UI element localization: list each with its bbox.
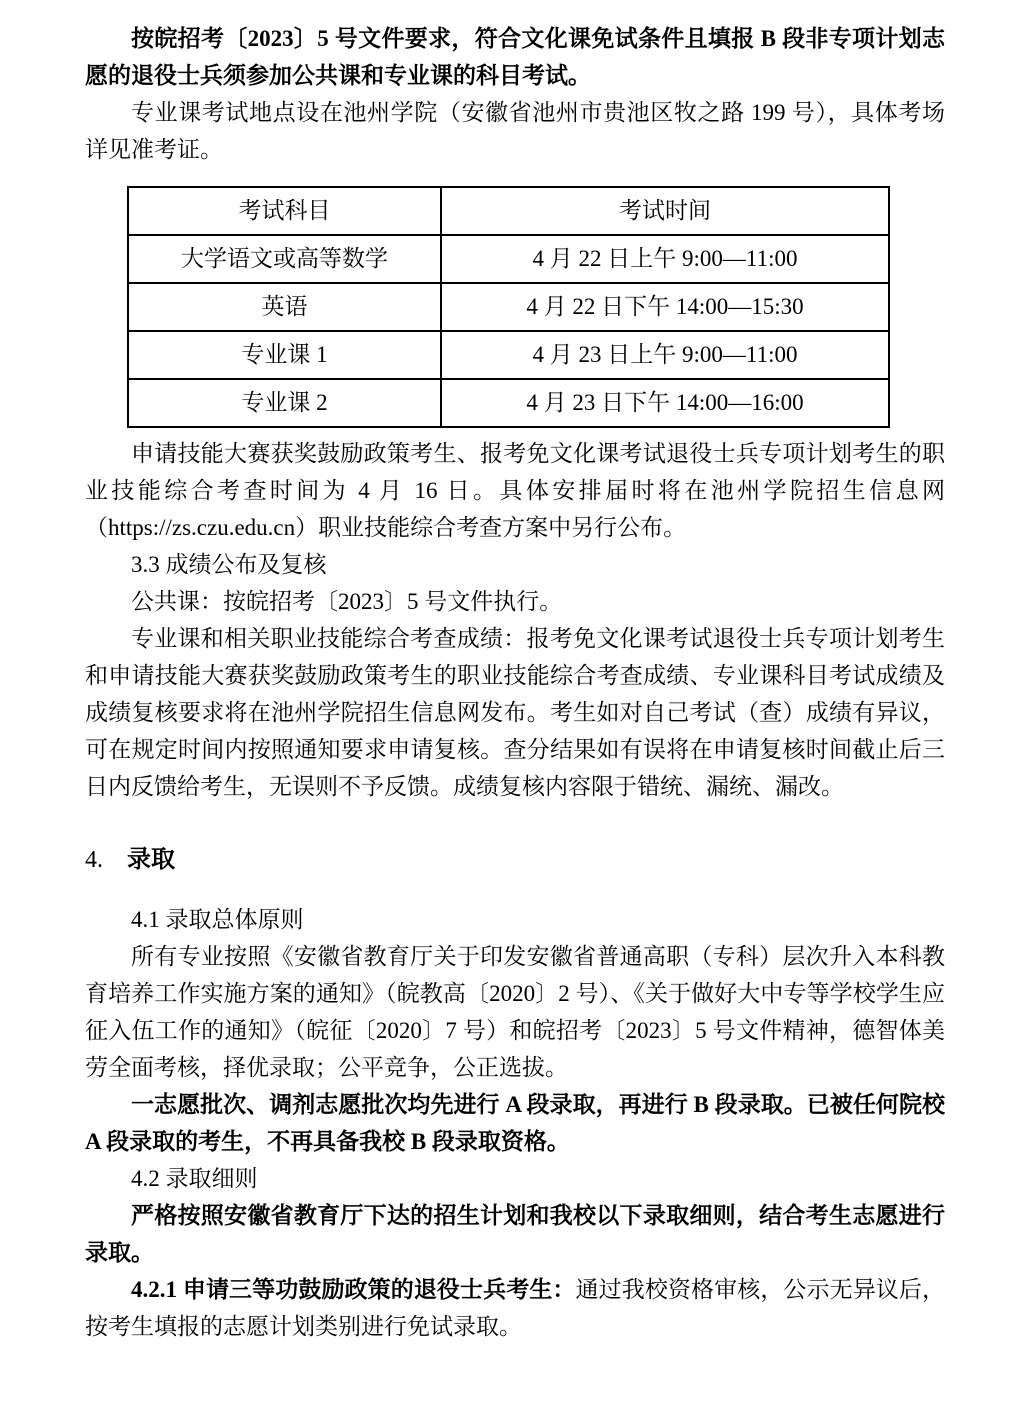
paragraph-4-2-1: 4.2.1 申请三等功鼓励政策的退役士兵考生：通过我校资格审核，公示无异议后，按… <box>85 1271 945 1345</box>
section-4-number: 4. <box>85 847 103 873</box>
table-cell-time: 4 月 23 日下午 14:00—16:00 <box>441 379 889 427</box>
table-cell-time: 4 月 22 日上午 9:00—11:00 <box>441 235 889 283</box>
paragraph-exemption-requirement: 按皖招考〔2023〕5 号文件要求，符合文化课免试条件且填报 B 段非专项计划志… <box>85 20 945 94</box>
table-row: 大学语文或高等数学 4 月 22 日上午 9:00—11:00 <box>128 235 889 283</box>
paragraph-score-review: 专业课和相关职业技能综合考查成绩：报考免文化课考试退役士兵专项计划考生和申请技能… <box>85 620 945 805</box>
table-cell-subject: 专业课 2 <box>128 379 441 427</box>
table-row: 英语 4 月 22 日下午 14:00—15:30 <box>128 283 889 331</box>
paragraph-4-2-1-lead: 4.2.1 申请三等功鼓励政策的退役士兵考生： <box>131 1277 576 1302</box>
section-4-heading: 4.录取 <box>85 842 945 879</box>
table-cell-subject: 专业课 1 <box>128 331 441 379</box>
table-cell-time: 4 月 23 日上午 9:00—11:00 <box>441 331 889 379</box>
table-header-time: 考试时间 <box>441 187 889 235</box>
table-cell-time: 4 月 22 日下午 14:00—15:30 <box>441 283 889 331</box>
table-row: 专业课 1 4 月 23 日上午 9:00—11:00 <box>128 331 889 379</box>
table-header-row: 考试科目 考试时间 <box>128 187 889 235</box>
paragraph-exam-location: 专业课考试地点设在池州学院（安徽省池州市贵池区牧之路 199 号），具体考场详见… <box>85 94 945 168</box>
exam-schedule-table: 考试科目 考试时间 大学语文或高等数学 4 月 22 日上午 9:00—11:0… <box>127 186 890 428</box>
paragraph-public-course: 公共课：按皖招考〔2023〕5 号文件执行。 <box>85 583 945 620</box>
table-header-subject: 考试科目 <box>128 187 441 235</box>
heading-4-2: 4.2 录取细则 <box>85 1160 945 1197</box>
paragraph-batch-order: 一志愿批次、调剂志愿批次均先进行 A 段录取，再进行 B 段录取。已被任何院校 … <box>85 1086 945 1160</box>
heading-3-3: 3.3 成绩公布及复核 <box>85 546 945 583</box>
table-cell-subject: 英语 <box>128 283 441 331</box>
paragraph-admission-rules: 严格按照安徽省教育厅下达的招生计划和我校以下录取细则，结合考生志愿进行录取。 <box>85 1197 945 1271</box>
paragraph-admission-principles: 所有专业按照《安徽省教育厅关于印发安徽省普通高职（专科）层次升入本科教育培养工作… <box>85 938 945 1086</box>
document-page: 按皖招考〔2023〕5 号文件要求，符合文化课免试条件且填报 B 段非专项计划志… <box>0 0 1028 1418</box>
table-cell-subject: 大学语文或高等数学 <box>128 235 441 283</box>
table-row: 专业课 2 4 月 23 日下午 14:00—16:00 <box>128 379 889 427</box>
section-4-title: 录取 <box>127 847 175 873</box>
paragraph-skill-assessment: 申请技能大赛获奖鼓励政策考生、报考免文化课考试退役士兵专项计划考生的职业技能综合… <box>85 435 945 546</box>
heading-4-1: 4.1 录取总体原则 <box>85 901 945 938</box>
